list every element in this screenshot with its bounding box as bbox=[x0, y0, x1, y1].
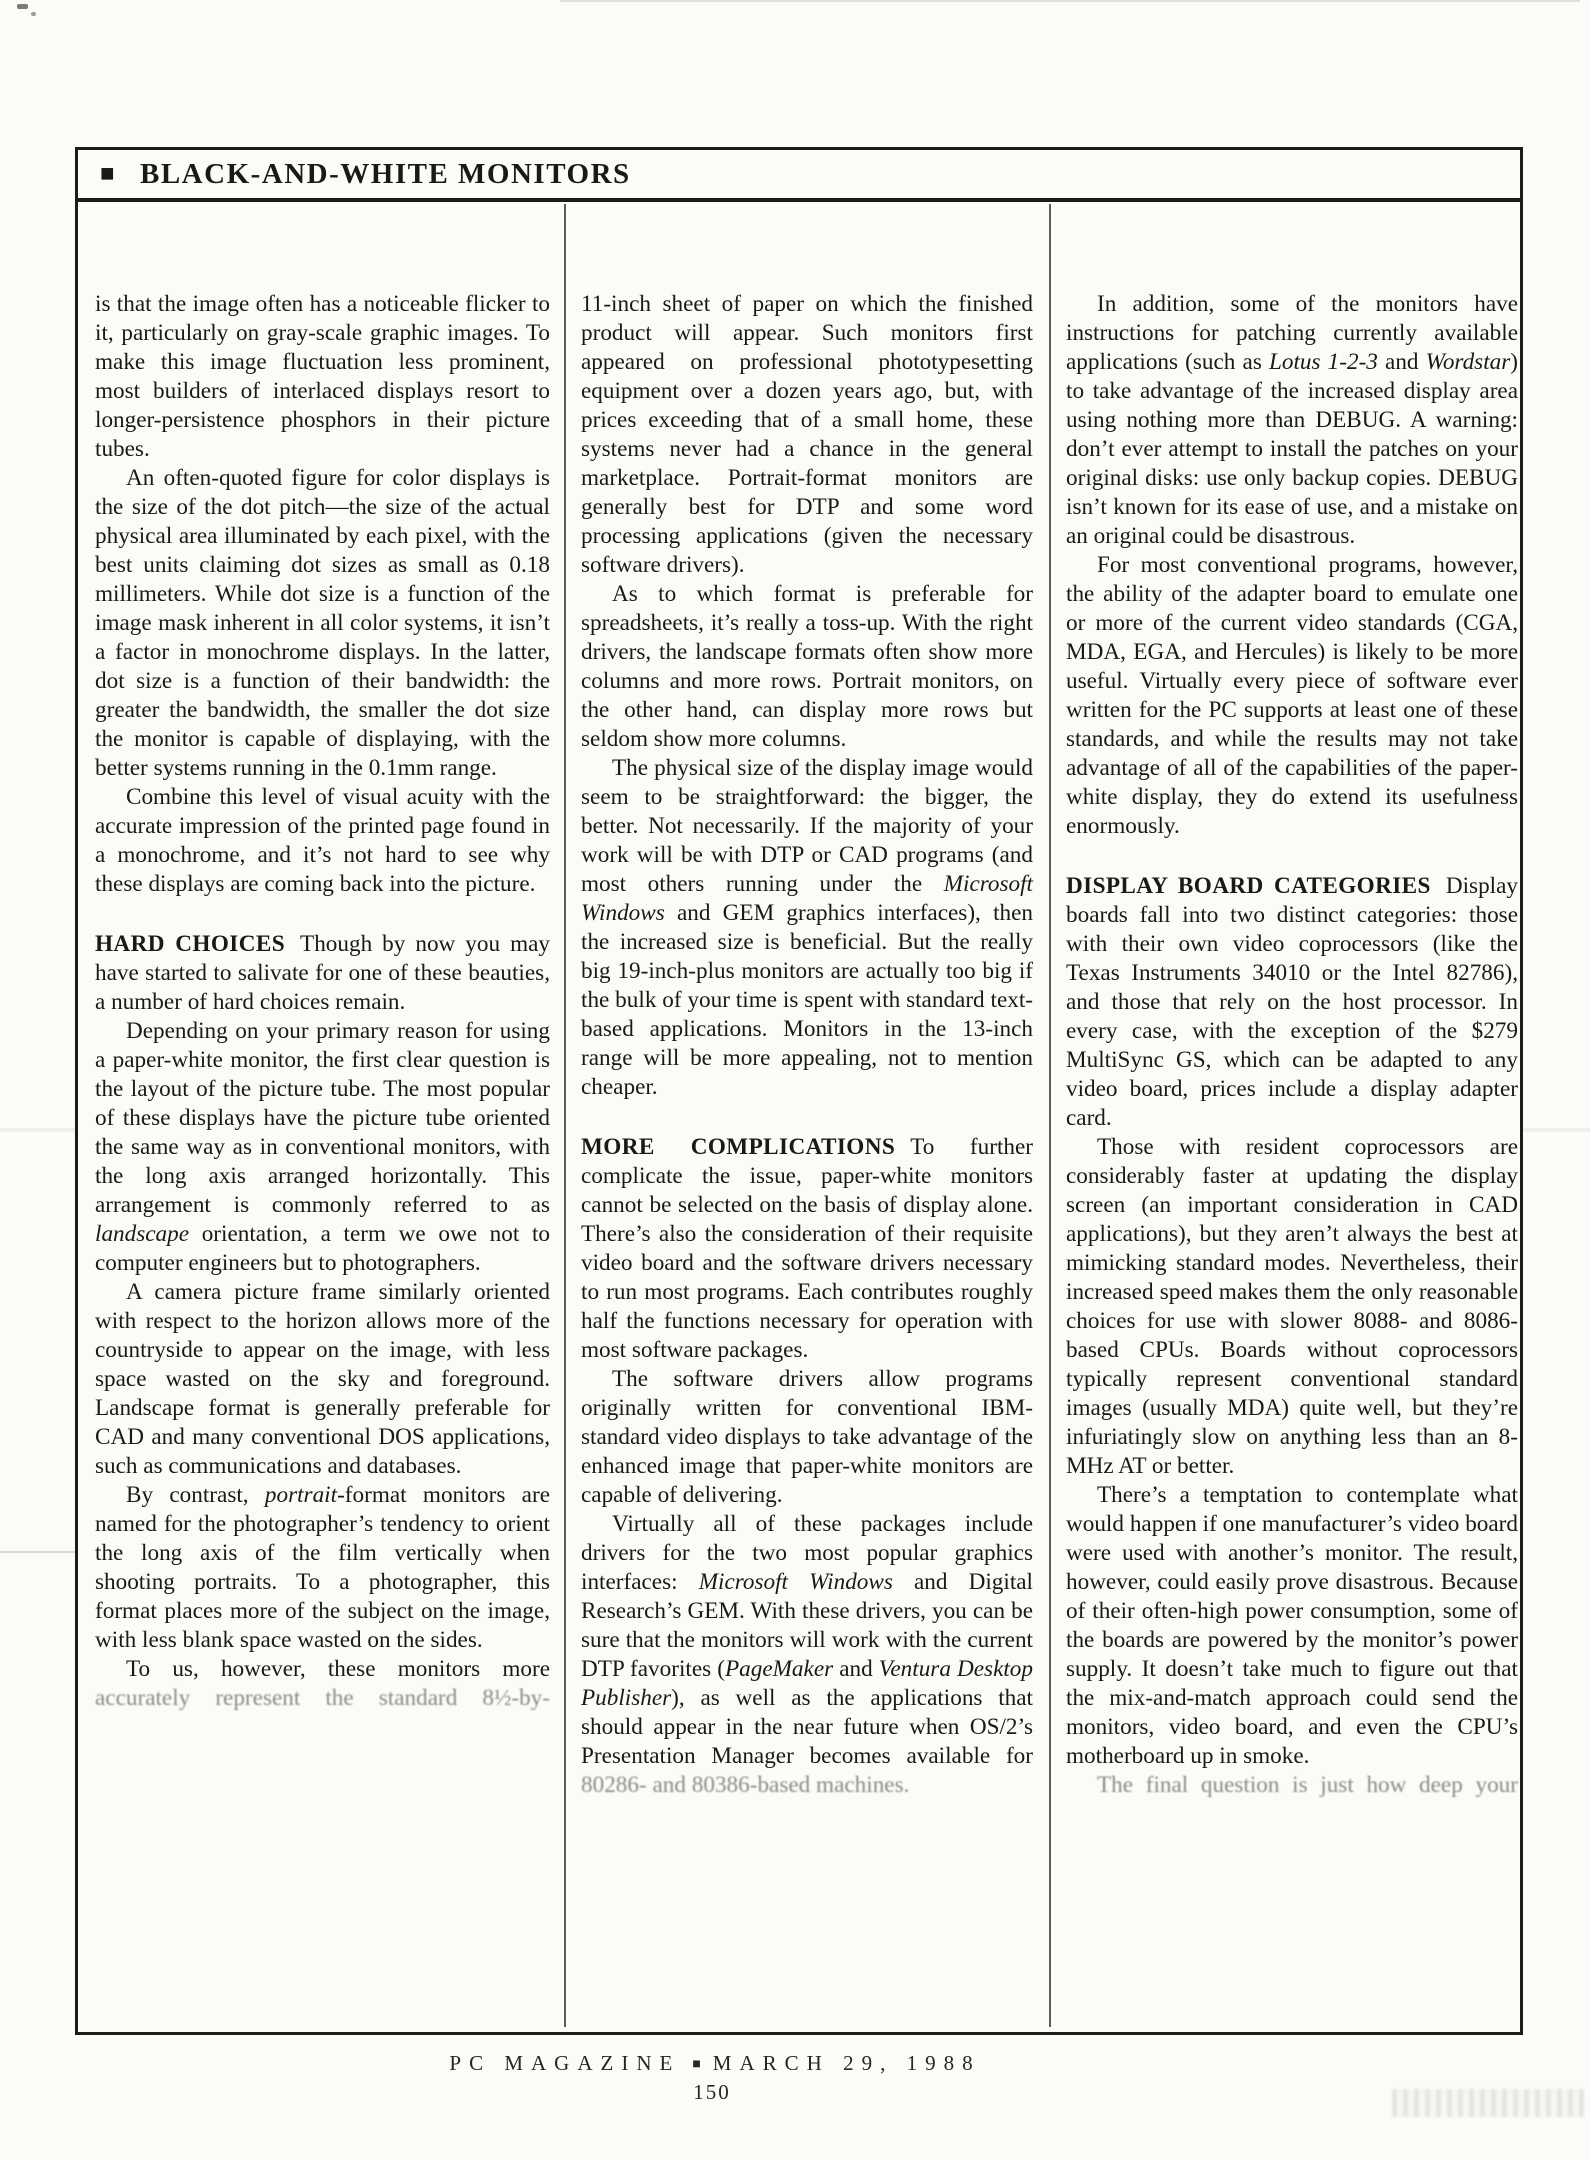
text-run: Depending on your primary reason for usi… bbox=[95, 1018, 550, 1218]
run-in-section-heading: HARD CHOICES bbox=[95, 931, 285, 957]
faded-scan-line: 80286- and 80386-based machines. bbox=[581, 1771, 1033, 1800]
text-run: An often-quoted figure for color display… bbox=[95, 465, 550, 781]
italic-text-run: PageMaker bbox=[725, 1656, 833, 1682]
text-run: 80286- and 80386-based machines. bbox=[581, 1772, 909, 1798]
text-run: ) to take advantage of the increased dis… bbox=[1066, 349, 1518, 549]
section-paragraph: HARD CHOICESThough by now you may have s… bbox=[95, 930, 550, 1017]
scan-artifact-line bbox=[0, 1551, 78, 1553]
column-divider bbox=[564, 204, 566, 2027]
footer-magazine-name: PC MAGAZINE bbox=[449, 2051, 680, 2075]
text-run: and GEM graphics interfaces), then the i… bbox=[581, 900, 1033, 1100]
body-paragraph: As to which format is preferable for spr… bbox=[581, 580, 1033, 754]
page-border-box: ■ BLACK-AND-WHITE MONITORS is that the i… bbox=[75, 147, 1523, 2035]
body-paragraph: In addition, some of the monitors have i… bbox=[1066, 290, 1518, 551]
body-paragraph: Those with resident coprocessors are con… bbox=[1066, 1133, 1518, 1481]
text-run: To us, however, these monitors more bbox=[126, 1656, 550, 1682]
body-paragraph: For most conventional programs, however,… bbox=[1066, 551, 1518, 841]
text-run: There’s a temptation to contemplate what… bbox=[1066, 1482, 1518, 1769]
text-run: Those with resident coprocessors are con… bbox=[1066, 1134, 1518, 1479]
italic-text-run: portrait bbox=[265, 1482, 337, 1508]
body-paragraph: To us, however, these monitors more bbox=[95, 1655, 550, 1684]
body-paragraph: An often-quoted figure for color display… bbox=[95, 464, 550, 783]
text-run: The software drivers allow programs orig… bbox=[581, 1366, 1033, 1508]
page-number: 150 bbox=[0, 2080, 1424, 2105]
footer-square-bullet-icon: ■ bbox=[680, 2057, 712, 2072]
body-paragraph: The software drivers allow programs orig… bbox=[581, 1365, 1033, 1510]
italic-text-run: landscape bbox=[95, 1221, 189, 1247]
text-run: To further complicate the issue, paper-w… bbox=[581, 1134, 1033, 1363]
text-run: A camera picture frame similarly oriente… bbox=[95, 1279, 550, 1479]
faded-scan-line: The final question is just how deep your bbox=[1066, 1771, 1518, 1800]
text-run: For most conventional programs, however,… bbox=[1066, 552, 1518, 839]
run-in-section-heading: DISPLAY BOARD CATEGORIES bbox=[1066, 873, 1431, 899]
text-column-2: 11-inch sheet of paper on which the fini… bbox=[581, 290, 1033, 1800]
italic-text-run: Wordstar bbox=[1426, 349, 1511, 375]
text-run: Combine this level of visual acuity with… bbox=[95, 784, 550, 897]
scan-artifact-line bbox=[560, 0, 1580, 2]
body-paragraph: The physical size of the display image w… bbox=[581, 754, 1033, 1102]
text-run: As to which format is preferable for spr… bbox=[581, 581, 1033, 752]
page-title: BLACK-AND-WHITE MONITORS bbox=[140, 155, 631, 193]
body-paragraph: There’s a temptation to contemplate what… bbox=[1066, 1481, 1518, 1771]
text-column-3: In addition, some of the monitors have i… bbox=[1066, 290, 1518, 1800]
body-paragraph: A camera picture frame similarly oriente… bbox=[95, 1278, 550, 1481]
scan-speck bbox=[31, 12, 36, 16]
text-run: and bbox=[833, 1656, 879, 1682]
text-run: The final question is just how deep your bbox=[1097, 1772, 1518, 1798]
scan-speck bbox=[17, 4, 28, 9]
header-rule bbox=[75, 198, 1523, 202]
body-paragraph: is that the image often has a noticeable… bbox=[95, 290, 550, 464]
text-run: and bbox=[1378, 349, 1426, 375]
text-run: 11-inch sheet of paper on which the fini… bbox=[581, 291, 1033, 578]
text-run: accurately represent the standard 8½-by- bbox=[95, 1685, 550, 1711]
text-run: is that the image often has a noticeable… bbox=[95, 291, 550, 462]
section-paragraph: MORE COMPLICATIONSTo further complicate … bbox=[581, 1133, 1033, 1365]
text-run: By contrast, bbox=[126, 1482, 265, 1508]
body-paragraph: By contrast, portrait-format monitors ar… bbox=[95, 1481, 550, 1655]
body-paragraph: Virtually all of these packages include … bbox=[581, 1510, 1033, 1771]
italic-text-run: Microsoft Windows bbox=[699, 1569, 893, 1595]
text-column-1: is that the image often has a noticeable… bbox=[95, 290, 550, 1713]
run-in-section-heading: MORE COMPLICATIONS bbox=[581, 1134, 895, 1160]
body-paragraph: Depending on your primary reason for usi… bbox=[95, 1017, 550, 1278]
scanned-magazine-page: { "header": { "bullet": "■", "title": "B… bbox=[0, 0, 1590, 2160]
text-run: Display boards fall into two distinct ca… bbox=[1066, 873, 1518, 1131]
page-footer: PC MAGAZINE■MARCH 29, 1988 bbox=[0, 2051, 1430, 2076]
italic-text-run: Lotus 1-2-3 bbox=[1269, 349, 1378, 375]
faded-scan-line: accurately represent the standard 8½-by- bbox=[95, 1684, 550, 1713]
footer-date: MARCH 29, 1988 bbox=[713, 2051, 981, 2075]
section-paragraph: DISPLAY BOARD CATEGORIESDisplay boards f… bbox=[1066, 872, 1518, 1133]
body-paragraph: 11-inch sheet of paper on which the fini… bbox=[581, 290, 1033, 580]
section-square-bullet-icon: ■ bbox=[100, 155, 115, 193]
column-divider bbox=[1049, 204, 1051, 2027]
body-paragraph: Combine this level of visual acuity with… bbox=[95, 783, 550, 899]
